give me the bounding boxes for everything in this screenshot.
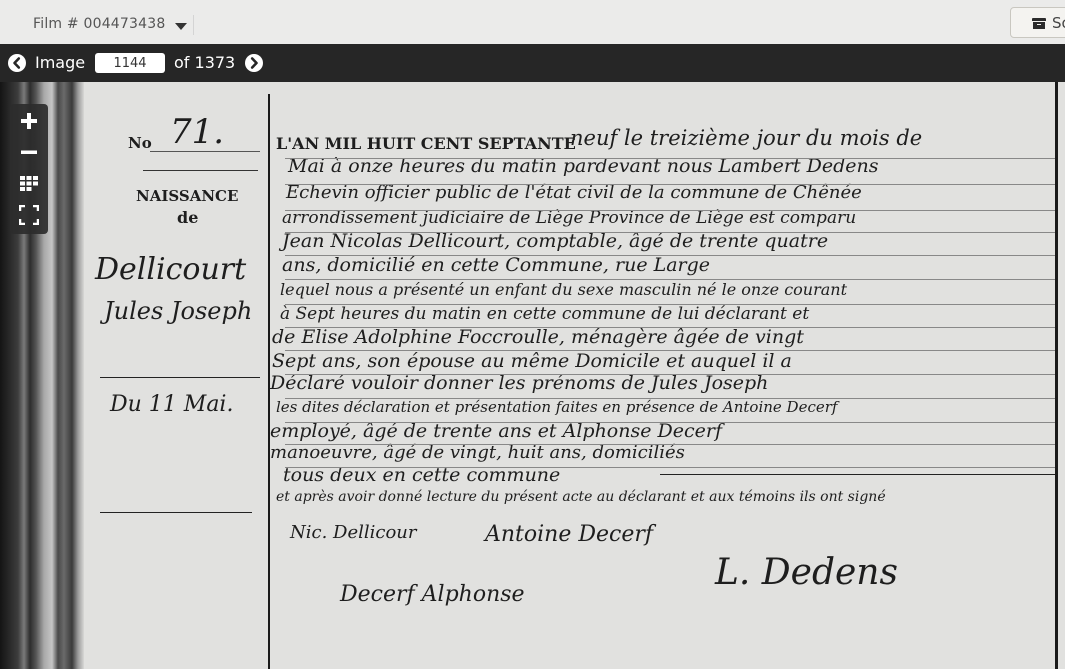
record-line: ans, domicilié en cette Commune, rue Lar… — [282, 254, 710, 276]
given-names: Jules Joseph — [104, 297, 252, 325]
film-number-label: Film # 004473438 — [33, 16, 165, 32]
grid-view-button[interactable] — [10, 168, 48, 198]
printed-heading: L'AN MIL HUIT CENT SEPTANTE — [276, 134, 576, 153]
document-image-viewer[interactable]: No 71. NAISSANCE de Dellicourt Jules Jos… — [0, 82, 1065, 669]
previous-image-button[interactable] — [8, 54, 26, 72]
ruled-line — [285, 467, 1055, 468]
film-header-bar: Film # 004473438 Source — [0, 0, 1065, 44]
ruled-line — [285, 444, 1055, 445]
chevron-right-icon — [245, 54, 263, 72]
next-image-button[interactable] — [245, 54, 263, 72]
header-divider — [193, 15, 194, 35]
total-images-label: of 1373 — [174, 53, 235, 72]
ruled-line — [660, 474, 1055, 475]
ruled-line — [285, 184, 1055, 185]
record-line: lequel nous a présenté un enfant du sexe… — [280, 280, 847, 299]
record-line: manoeuvre, âgé de vingt, huit ans, domic… — [270, 442, 685, 463]
ruled-line — [285, 210, 1055, 211]
record-number: 71. — [170, 112, 224, 152]
fullscreen-button[interactable] — [10, 200, 48, 230]
record-line: Echevin officier public de l'état civil … — [286, 182, 862, 203]
ruled-line — [285, 232, 1055, 233]
record-type: NAISSANCE — [136, 187, 238, 205]
film-dropdown-caret-icon[interactable] — [175, 23, 187, 30]
ruled-line — [285, 279, 1055, 280]
image-label: Image — [35, 53, 85, 72]
record-type-de: de — [177, 208, 198, 227]
minus-icon — [19, 142, 39, 162]
record-number-label: No — [128, 134, 152, 152]
ruled-line — [285, 422, 1055, 423]
ruled-line — [150, 151, 260, 152]
ruled-line — [285, 304, 1055, 305]
record-line: et après avoir donné lecture du présent … — [276, 489, 886, 505]
record-line: les dites déclaration et présentation fa… — [276, 398, 837, 416]
zoom-out-button[interactable] — [10, 137, 48, 167]
ruled-line — [100, 512, 252, 513]
ruled-line — [143, 170, 258, 171]
zoom-controls — [10, 104, 48, 234]
ruled-line — [285, 374, 1055, 375]
plus-icon — [19, 111, 39, 131]
ruled-line — [100, 377, 260, 378]
registration-date-note: Du 11 Mai. — [110, 392, 233, 417]
fullscreen-icon — [19, 205, 39, 225]
record-line: arrondissement judiciaire de Liège Provi… — [282, 208, 856, 228]
zoom-in-button[interactable] — [10, 106, 48, 136]
page-edge-line — [1055, 82, 1058, 669]
record-line: employé, âgé de trente ans et Alphonse D… — [270, 420, 722, 442]
chevron-left-icon — [8, 54, 26, 72]
ruled-line — [285, 327, 1055, 328]
signature-declarant: Nic. Dellicour — [290, 522, 417, 543]
record-line: Déclaré vouloir donner les prénoms de Ju… — [270, 372, 768, 394]
archive-box-icon — [1032, 18, 1046, 29]
image-number-input[interactable] — [95, 53, 165, 73]
ruled-line — [285, 158, 1055, 159]
signature-witness-2: Decerf Alphonse — [340, 582, 525, 607]
source-button[interactable]: Source — [1010, 7, 1065, 38]
record-line: à Sept heures du matin en cette commune … — [280, 304, 809, 324]
ruled-line — [285, 398, 1055, 399]
record-line: de Elise Adolphine Foccroulle, ménagère … — [272, 326, 804, 348]
signature-officer: L. Dedens — [715, 552, 898, 593]
ruled-line — [285, 350, 1055, 351]
record-line: Jean Nicolas Dellicourt, comptable, âgé … — [282, 230, 828, 252]
ruled-line — [285, 255, 1055, 256]
record-line: neuf le treizième jour du mois de — [570, 126, 922, 150]
signature-witness-1: Antoine Decerf — [485, 522, 653, 547]
record-line: Sept ans, son épouse au même Domicile et… — [272, 350, 792, 372]
grid-icon — [19, 173, 39, 193]
source-button-label: Source — [1052, 14, 1065, 32]
surname: Dellicourt — [95, 252, 246, 287]
